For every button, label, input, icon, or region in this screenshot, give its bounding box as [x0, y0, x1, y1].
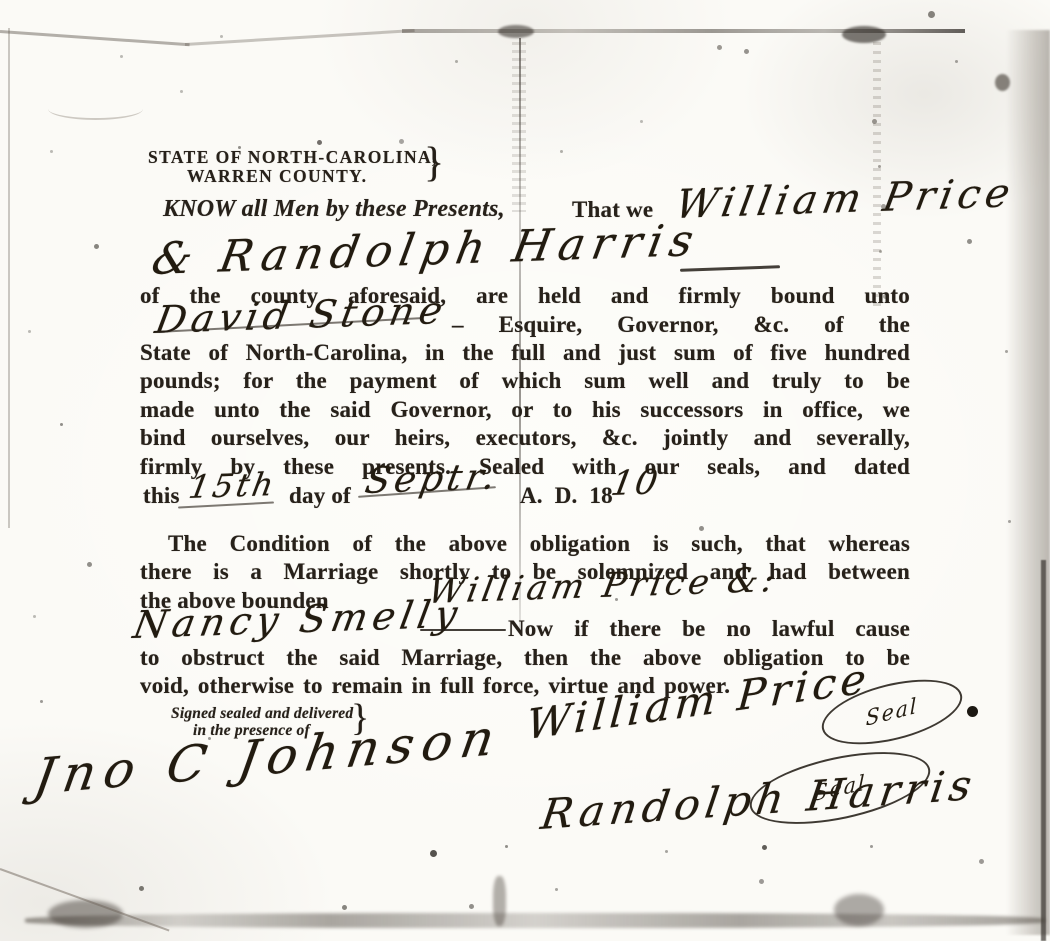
bottom-diagonal-crease [0, 868, 169, 931]
condition-line1: The Condition of the above obligation is… [168, 531, 910, 557]
opening-phrase: KNOW all Men by these Presents, [163, 196, 505, 224]
document-scan: STATE OF NORTH-CAROLINA, WARREN COUNTY. … [0, 0, 1050, 941]
left-edge-crease [8, 28, 10, 528]
body-line3: State of North-Carolina, in the full and… [140, 340, 910, 366]
ink-dot-large [967, 706, 978, 717]
principal-seal-text: Seal [866, 693, 918, 731]
bottom-edge-smudge [25, 913, 1045, 928]
body-line2: – Esquire, Governor, &c. of the [452, 312, 910, 338]
principal-name-handwritten: William Price [672, 170, 1018, 228]
date-ad-printed: A. D. 18 [520, 483, 613, 509]
bottom-blob-right [834, 894, 884, 926]
right-edge-blob [995, 74, 1010, 91]
bottom-blob-left [48, 900, 123, 928]
date-year-handwritten: 10 [608, 462, 663, 504]
bottom-streak-center [493, 876, 506, 926]
top-edge-crease-right [402, 29, 965, 33]
cosigner-seal-text: Seal [813, 770, 867, 806]
left-curved-smudge [48, 98, 143, 120]
date-day-handwritten: 15th [186, 465, 280, 506]
condition-line4: Now if there be no lawful cause [508, 616, 910, 642]
right-edge-dark-line [1041, 560, 1046, 941]
handwritten-dash-bride [420, 629, 506, 631]
right-edge-smudge [1006, 30, 1050, 935]
header-state-line: STATE OF NORTH-CAROLINA, [148, 147, 438, 167]
handwritten-dash-cosigner [680, 265, 780, 271]
top-edge-crease-left [0, 30, 190, 46]
body-line4: pounds; for the payment of which sum wel… [140, 368, 910, 394]
fold-speckle-trail [512, 42, 526, 212]
paper-speckles [0, 0, 3, 3]
date-word-day-of: day of [289, 483, 351, 509]
header-county-line: WARREN COUNTY. [187, 166, 367, 186]
body-line6: bind ourselves, our heirs, executors, &c… [140, 425, 910, 451]
header-brace: } [424, 139, 444, 187]
governor-name-handwritten: David Stone [152, 288, 451, 342]
attestation-line1: Signed sealed and delivered [171, 705, 353, 723]
top-edge-blob-right [842, 26, 886, 43]
top-edge-blob-center [498, 25, 534, 38]
top-edge-crease-mid [185, 29, 415, 46]
date-word-this: this [143, 483, 180, 509]
body-line5: made unto the said Governor, or to his s… [140, 397, 910, 423]
cosigner-name-handwritten: & Randolph Harris [148, 215, 704, 285]
